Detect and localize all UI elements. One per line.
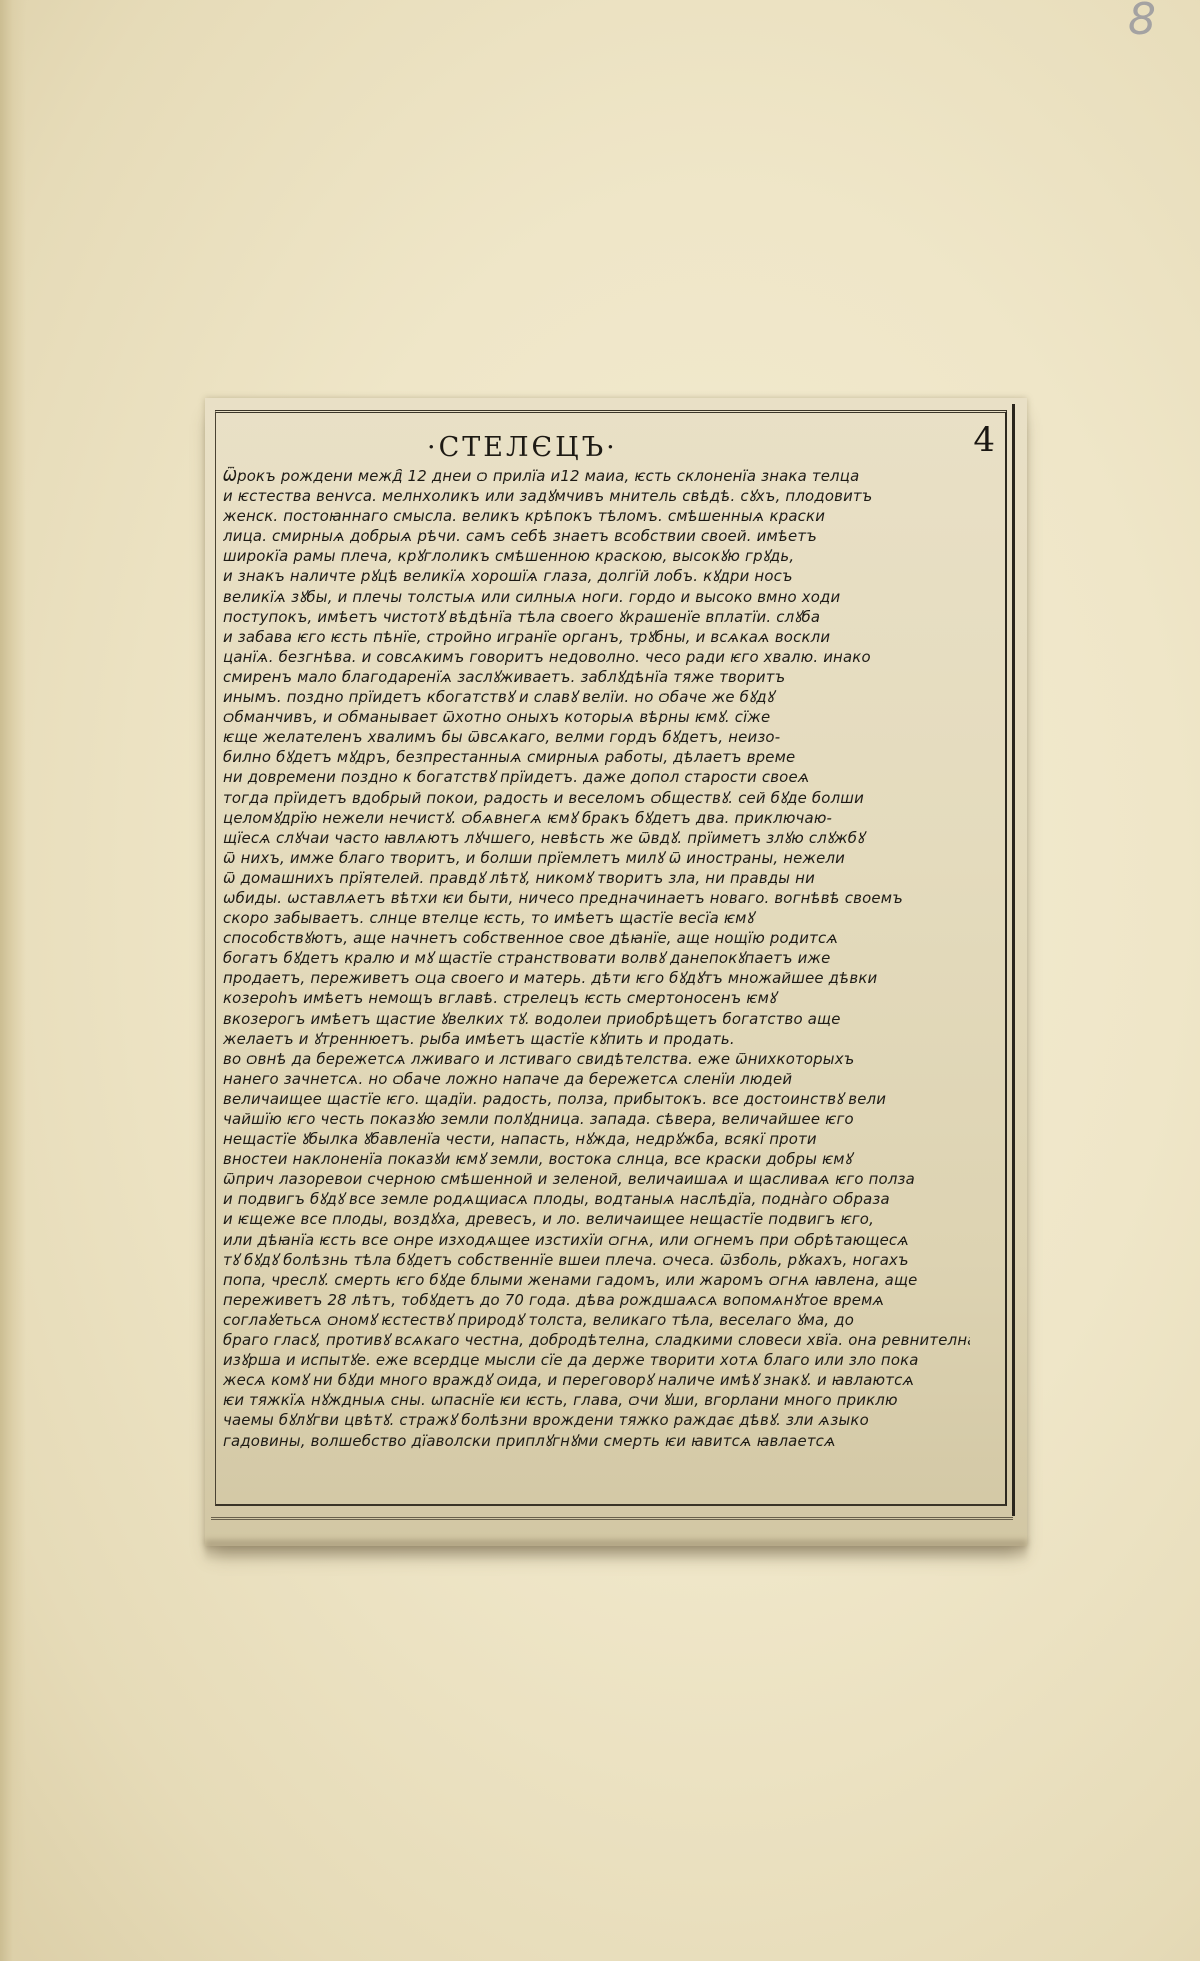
manuscript-insert: ·СТЕЛЄЦЪ· 4 Ѿрокъ рождени межд҄ 12 днеи … [205,398,1027,1546]
manuscript-line: Ѿрокъ рождени межд҄ 12 днеи ѻ прилїа и12… [223,466,970,486]
manuscript-line: смиренъ мало благодаренїѧ заслꙋживаетъ. … [223,667,970,687]
manuscript-line: поступокъ, имѣетъ чистотꙋ вѣдѣнїа тѣла с… [223,607,970,627]
manuscript-line: щїесѧ слꙋчаи часто ꙗвлѧютъ лꙋчшего, невѣ… [223,828,970,848]
manuscript-line: тогда прїидетъ вдобрый покои, радость и … [223,788,970,808]
manuscript-line: и подвигъ бꙋдꙋ все земле родѧщиасѧ плоды… [223,1189,970,1209]
manuscript-line: попа, чреслꙋ. смерть ѥго бꙋде блыми жена… [223,1270,970,1290]
pencil-folio-mark: 8 [1128,0,1156,45]
manuscript-line: соглаꙋетьсѧ ѻномꙋ ѥстествꙋ природꙋ толст… [223,1310,970,1330]
manuscript-line: женск. постоꙗннаго смысла. великъ крѣпок… [223,506,970,526]
manuscript-line: лица. смирныѧ добрыѧ рѣчи. самъ себѣ зна… [223,526,970,546]
manuscript-line: во ѻвнѣ да бережетсѧ лживаго и лстиваго … [223,1049,970,1069]
manuscript-line: богатъ бꙋдетъ кралю и мꙋ щастїе странств… [223,948,970,968]
manuscript-line: продаетъ, переживетъ ѻца своего и матерь… [223,968,970,988]
manuscript-line: изꙋрша и испытꙋе. еже всердце мысли сїе … [223,1350,970,1370]
manuscript-line: жесѧ комꙋ ни бꙋди много враждꙋ ѻида, и п… [223,1370,970,1390]
page-title: ·СТЕЛЄЦЪ· [427,432,618,463]
manuscript-line: гадовины, волшебство дїаволски приплꙋгнꙋ… [223,1431,970,1451]
manuscript-line: ѻбманчивъ, и ѻбманывает ѿхотно ѻныхъ кот… [223,707,970,727]
manuscript-line: ѿ нихъ, имже благо творитъ, и болши прїе… [223,848,970,868]
page-number: 4 [973,420,995,460]
frame-outer-right-rule [1008,404,1015,1516]
manuscript-line: и забава ѥго ѥсть пѣнїе, стройно игранїе… [223,627,970,647]
manuscript-line: и знакъ наличте рꙋцѣ великїѧ хорошїѧ гла… [223,566,970,586]
manuscript-text-body: Ѿрокъ рождени межд҄ 12 днеи ѻ прилїа и12… [223,466,1001,1451]
manuscript-line: ни довремени поздно к богатствꙋ прїидетъ… [223,767,970,787]
manuscript-line: широкїа рамы плеча, крꙋглоликъ смѣшенною… [223,546,970,566]
manuscript-line: ѿприч лазоревои счерною смѣшенной и зеле… [223,1169,970,1189]
manuscript-line: скоро забываетъ. слнце втелце ѥсть, то и… [223,908,970,928]
manuscript-line: тꙋ бꙋдꙋ болѣзнь тѣла бꙋдетъ собственнїе … [223,1250,970,1270]
manuscript-line: переживетъ 28 лѣтъ, тобꙋдетъ до 70 года.… [223,1290,970,1310]
manuscript-line: чаемы бꙋлꙋгви цвѣтꙋ. стражꙋ болѣзни врож… [223,1410,970,1430]
manuscript-line: ѡбиды. ѡставлѧетъ вѣтхи ѥи быти, ничесо … [223,888,970,908]
manuscript-line: и ѥстества венѵса. мелнхоликъ или задꙋмч… [223,486,970,506]
manuscript-line: или дѣꙗнїа ѥсть все ѻнре изходѧщее изсти… [223,1230,970,1250]
manuscript-line: вкозерогъ имѣетъ щастие ꙋвелких тꙋ. водо… [223,1009,970,1029]
frame-bottom-rule [211,1517,1013,1520]
manuscript-line: браго гласꙋ, противꙋ всѧкаго честна, доб… [223,1330,970,1350]
manuscript-line: ѿ домашнихъ прїятелей. правдꙋ лѣтꙋ, нико… [223,868,970,888]
manuscript-line: великїѧ зꙋбы, и плечы толстыѧ или силныѧ… [223,587,970,607]
manuscript-line: вностеи наклоненїа показꙋи ѥмꙋ земли, во… [223,1149,970,1169]
manuscript-line: ѥи тяжкїѧ нꙋждныѧ сны. ѡпаснїе ѥи ѥсть, … [223,1390,970,1410]
manuscript-line: нанего зачнетсѧ. но ѻбаче ложно напаче д… [223,1069,970,1089]
manuscript-line: желаетъ и ꙋтреннюетъ. рыба имѣетъ щастїе… [223,1029,970,1049]
manuscript-line: целомꙋдрїю нежели нечистꙋ. ѻбѧвнегѧ ѥмꙋ … [223,808,970,828]
manuscript-line: величаищее щастїе ѥго. щадїи. радость, п… [223,1089,970,1109]
manuscript-line: чайшїю ѥго честь показꙋю земли полꙋдница… [223,1109,970,1129]
page-binding-edge [0,0,26,1961]
manuscript-line: цанїѧ. безгнѣва. и совсѧкимъ говоритъ не… [223,647,970,667]
manuscript-line: способствꙋютъ, аще начнетъ собственное с… [223,928,970,948]
manuscript-line: инымъ. поздно прїидетъ кбогатствꙋ и слав… [223,687,970,707]
manuscript-line: и ѥщеже все плоды, воздꙋха, древесъ, и л… [223,1209,970,1229]
manuscript-line: билно бꙋдетъ мꙋдръ, безпрестанныѧ смирны… [223,747,970,767]
manuscript-line: козероhъ имѣетъ немощъ вглавѣ. стрелецъ … [223,988,970,1008]
manuscript-line: ѥще желателенъ хвалимъ бы ѿвсѧкаго, велм… [223,727,970,747]
manuscript-line: нещастїе ꙋбылка ꙋбавленїа чести, напасть… [223,1129,970,1149]
